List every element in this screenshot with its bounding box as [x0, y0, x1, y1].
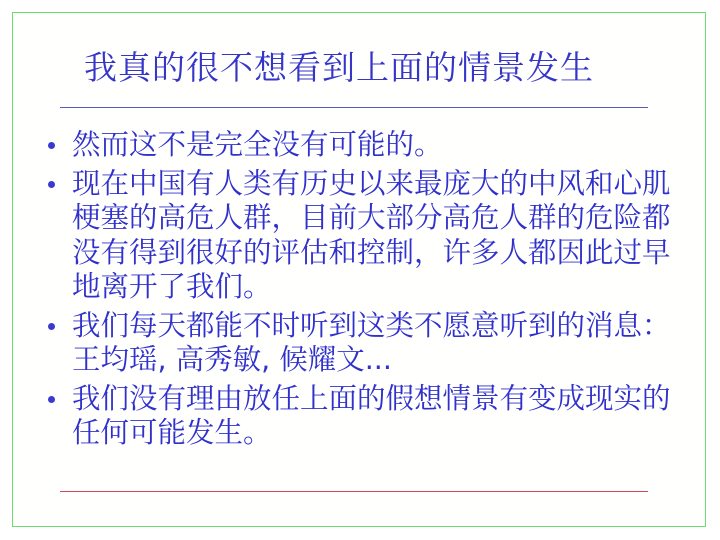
bullet-dot-icon	[48, 396, 55, 403]
slide-title: 我真的很不想看到上面的情景发生	[84, 46, 594, 90]
bullet-item: 我们每天都能不时听到这类不愿意听到的消息：王均瑶, 高秀敏, 候耀文...	[46, 309, 696, 378]
bullet-text: 然而这不是完全没有可能的。	[72, 128, 692, 163]
footer-divider	[60, 491, 648, 492]
bullet-dot-icon	[48, 142, 55, 149]
bullet-dot-icon	[48, 181, 55, 188]
bullet-text: 我们每天都能不时听到这类不愿意听到的消息：王均瑶, 高秀敏, 候耀文...	[72, 309, 692, 378]
title-divider	[60, 107, 648, 108]
bullet-item: 我们没有理由放任上面的假想情景有变成现实的任何可能发生。	[46, 382, 696, 451]
bullet-dot-icon	[48, 323, 55, 330]
bullet-text: 我们没有理由放任上面的假想情景有变成现实的任何可能发生。	[72, 382, 692, 451]
bullet-item: 现在中国有人类有历史以来最庞大的中风和心肌梗塞的高危人群，目前大部分高危人群的危…	[46, 167, 696, 305]
bullet-item: 然而这不是完全没有可能的。	[46, 128, 696, 163]
bullet-list: 然而这不是完全没有可能的。 现在中国有人类有历史以来最庞大的中风和心肌梗塞的高危…	[46, 128, 696, 455]
bullet-text: 现在中国有人类有历史以来最庞大的中风和心肌梗塞的高危人群，目前大部分高危人群的危…	[72, 167, 692, 305]
